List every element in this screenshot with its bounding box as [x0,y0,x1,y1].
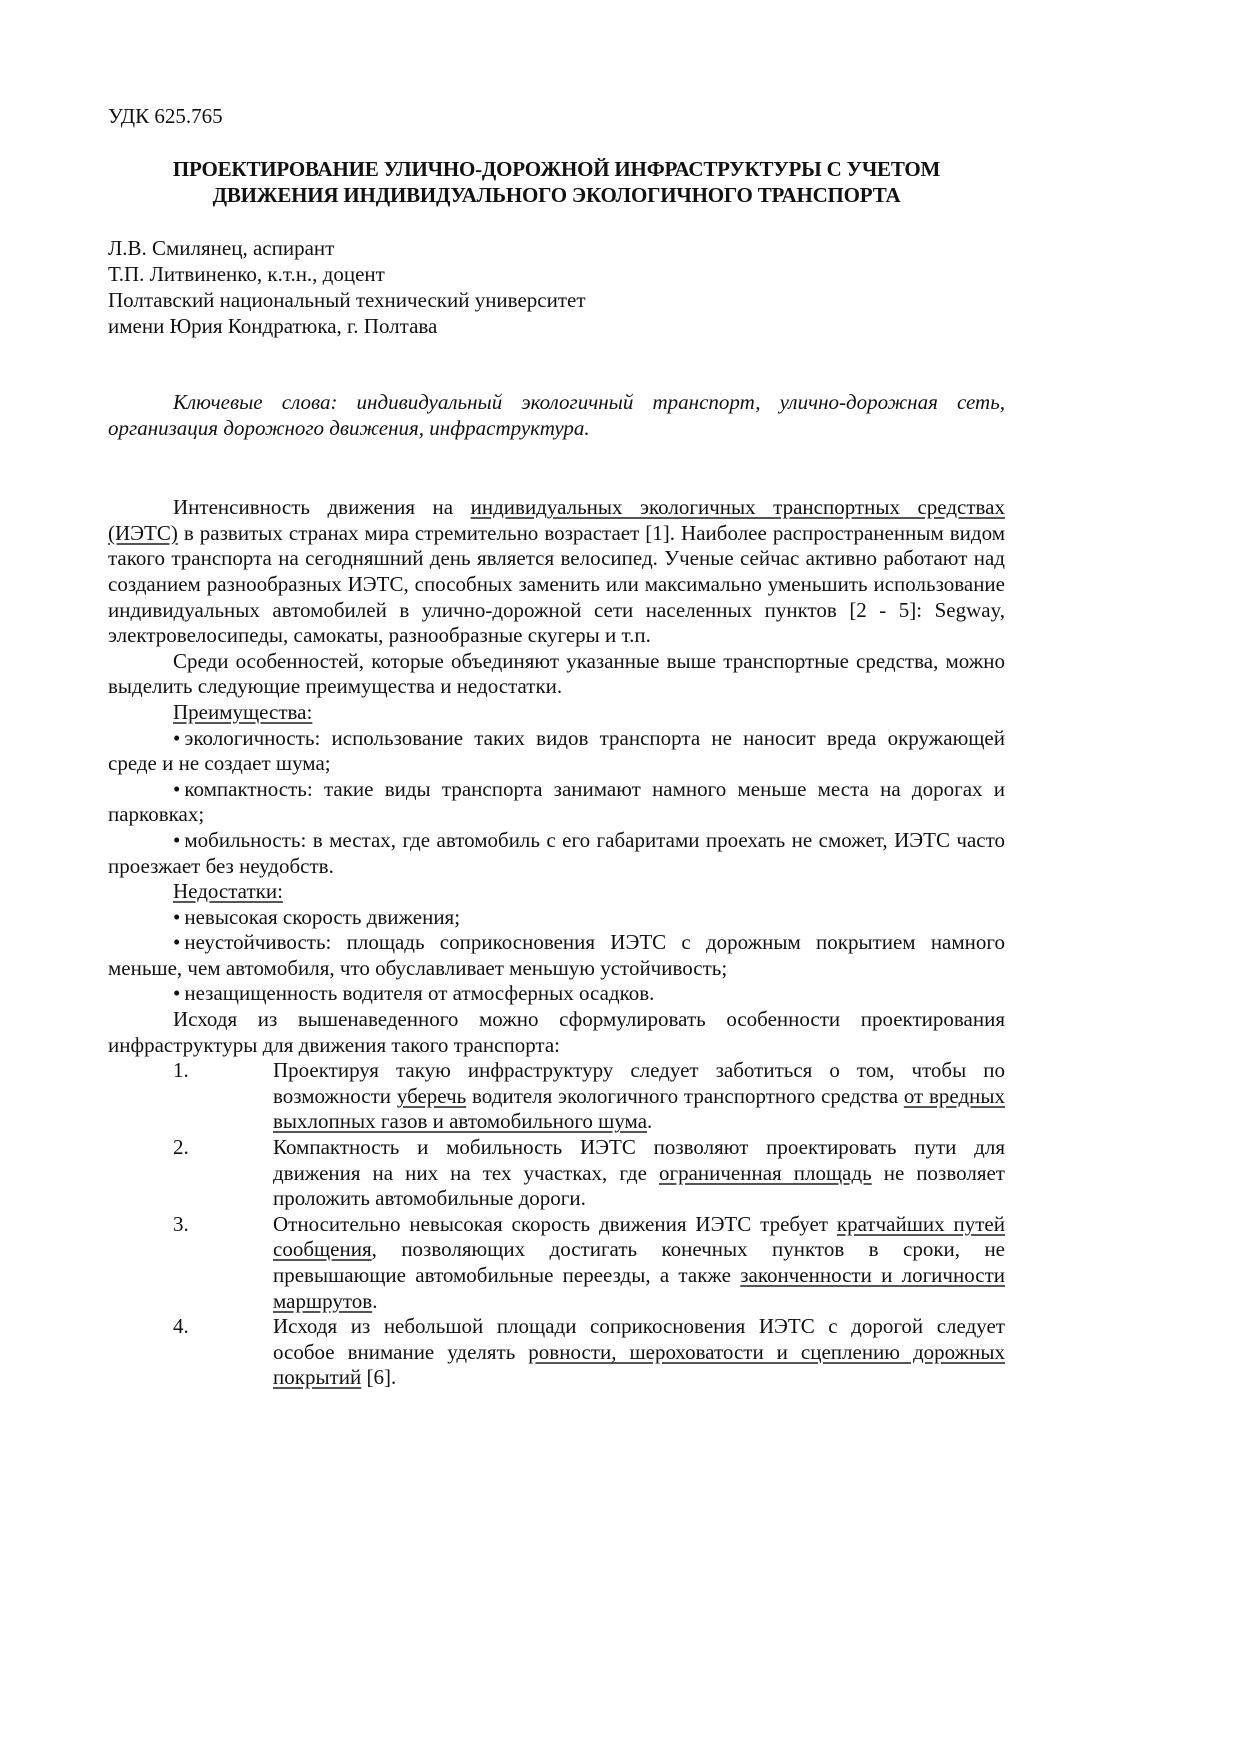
heading-text: Преимущества: [173,700,312,724]
list-number: 2. [173,1135,189,1161]
disadvantage-item: •незащищенность водителя от атмосферных … [108,981,1005,1007]
intro-paragraph-2: Среди особенностей, которые объединяют у… [108,649,1005,700]
bullet-icon: • [173,930,180,954]
requirement-item-1: 1.Проектируя такую инфраструктуру следуе… [108,1058,1005,1135]
item-text: невысокая скорость движения; [184,905,460,929]
author-block: Л.В. Смилянец, аспирант Т.П. Литвиненко,… [108,236,1005,340]
author-2: Т.П. Литвиненко, к.т.н., доцент [108,262,1005,288]
text-span: Относительно невысокая скорость движения… [273,1212,837,1236]
item-text: экологичность: использование таких видов… [108,726,1005,776]
conclusion-intro: Исходя из вышенаведенного можно сформули… [108,1007,1005,1058]
text-span: . [372,1289,377,1313]
advantage-item: •экологичность: использование таких видо… [108,726,1005,777]
bullet-icon: • [173,905,180,929]
requirements-list: 1.Проектируя такую инфраструктуру следуе… [108,1058,1005,1391]
title-line-2: ДВИЖЕНИЯ ИНДИВИДУАЛЬНОГО ЭКОЛОГИЧНОГО ТР… [108,182,1005,208]
author-1: Л.В. Смилянец, аспирант [108,236,1005,262]
heading-text: Недостатки: [173,879,283,903]
text-span: [6]. [361,1365,396,1389]
article-body: Интенсивность движения на индивидуальных… [108,495,1005,1391]
advantage-item: •компактность: такие виды транспорта зан… [108,777,1005,828]
item-text: мобильность: в местах, где автомобиль с … [108,828,1005,878]
affiliation-line-1: Полтавский национальный технический унив… [108,288,1005,314]
bullet-icon: • [173,981,180,1005]
requirement-item-4: 4.Исходя из небольшой площади соприкосно… [108,1314,1005,1391]
advantage-item: •мобильность: в местах, где автомобиль с… [108,828,1005,879]
bullet-icon: • [173,828,180,852]
text-span: водителя экологичного транспортного сред… [466,1084,904,1108]
disadvantage-item: •невысокая скорость движения; [108,905,1005,931]
requirement-item-3: 3.Относительно невысокая скорость движен… [108,1212,1005,1314]
affiliation-line-2: имени Юрия Кондратюка, г. Полтава [108,314,1005,340]
intro-paragraph-1: Интенсивность движения на индивидуальных… [108,495,1005,649]
underlined-phrase: уберечь [397,1084,466,1108]
udk-code: УДК 625.765 [108,104,1005,130]
list-number: 1. [173,1058,189,1084]
paper-title: ПРОЕКТИРОВАНИЕ УЛИЧНО-ДОРОЖНОЙ ИНФРАСТРУ… [108,156,1005,208]
item-text: компактность: такие виды транспорта зани… [108,777,1005,827]
item-text: незащищенность водителя от атмосферных о… [184,981,654,1005]
advantages-heading: Преимущества: [108,700,1005,726]
text-span: Интенсивность движения на [173,495,471,519]
list-number: 3. [173,1212,189,1238]
text-span: . [647,1109,652,1133]
bullet-icon: • [173,777,180,801]
requirement-item-2: 2.Компактность и мобильность ИЭТС позвол… [108,1135,1005,1212]
item-text: неустойчивость: площадь соприкосновения … [108,930,1005,980]
disadvantages-heading: Недостатки: [108,879,1005,905]
keywords: Ключевые слова: индивидуальный экологичн… [108,390,1005,441]
document-page: УДК 625.765 ПРОЕКТИРОВАНИЕ УЛИЧНО-ДОРОЖН… [108,104,1005,1391]
disadvantage-item: •неустойчивость: площадь соприкосновения… [108,930,1005,981]
title-line-1: ПРОЕКТИРОВАНИЕ УЛИЧНО-ДОРОЖНОЙ ИНФРАСТРУ… [108,156,1005,182]
text-span: в развитых странах мира стремительно воз… [108,521,1005,647]
underlined-phrase: ограниченная площадь [659,1161,872,1185]
bullet-icon: • [173,726,180,750]
list-number: 4. [173,1314,189,1340]
